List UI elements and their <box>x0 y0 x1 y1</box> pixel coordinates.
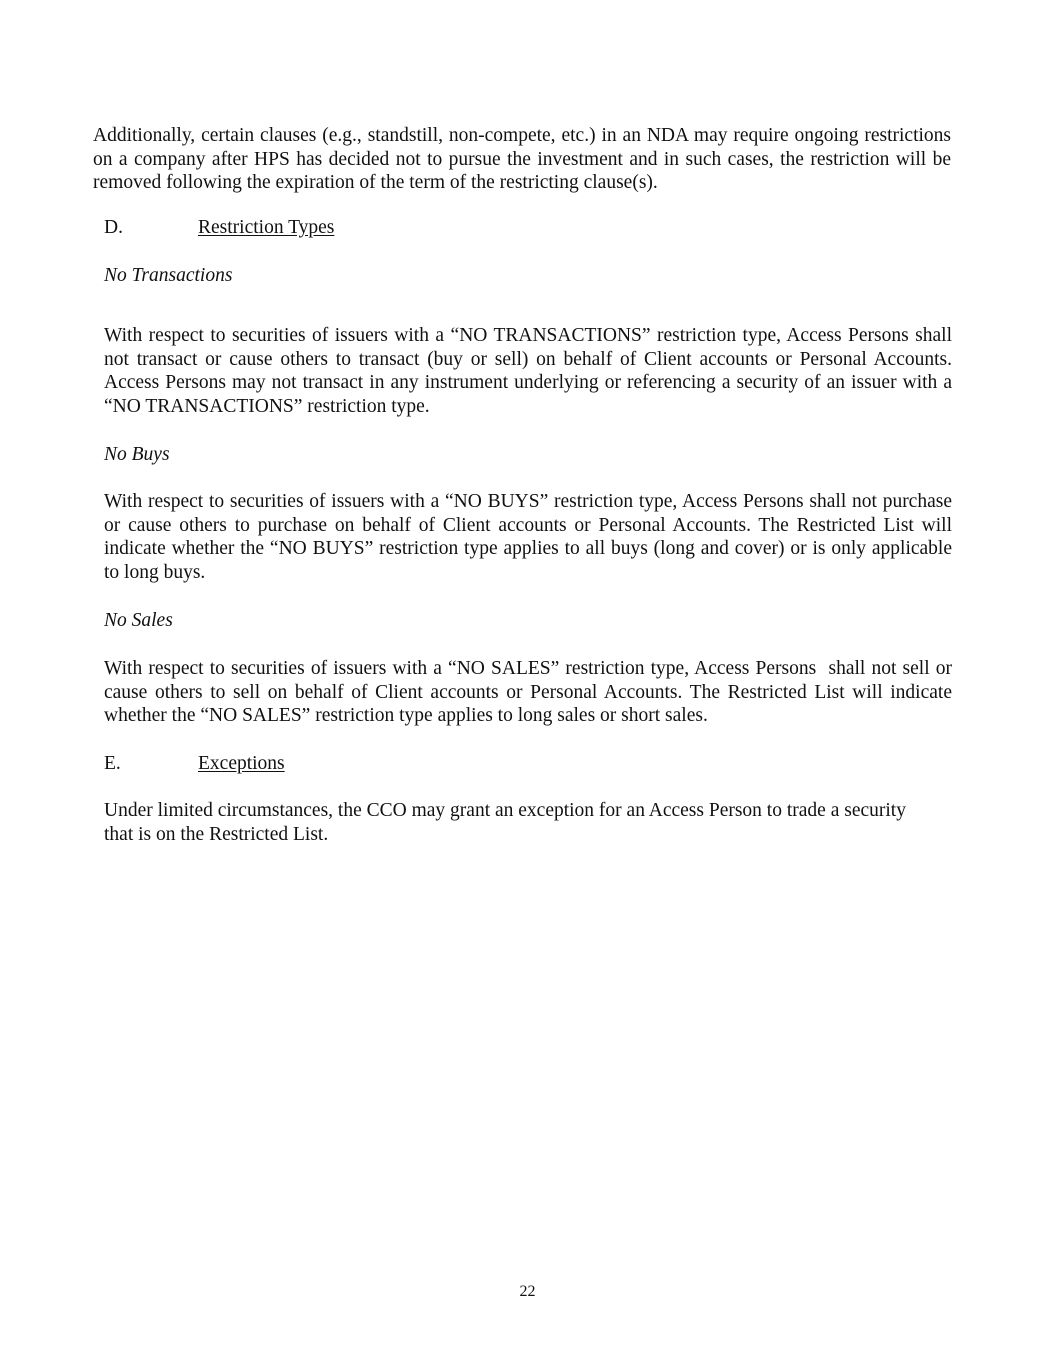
section-letter: E. <box>104 752 121 775</box>
subsection-heading-no-sales: No Sales <box>104 609 173 633</box>
section-letter: D. <box>104 216 123 239</box>
page-number: 22 <box>0 1283 1055 1301</box>
intro-paragraph: Additionally, certain clauses (e.g., sta… <box>93 124 951 195</box>
paragraph-exceptions: Under limited circumstances, the CCO may… <box>104 799 914 846</box>
section-title: Exceptions <box>198 752 285 775</box>
subsection-heading-no-buys: No Buys <box>104 443 170 467</box>
paragraph-no-transactions: With respect to securities of issuers wi… <box>104 324 952 418</box>
paragraph-no-sales: With respect to securities of issuers wi… <box>104 657 952 728</box>
subsection-heading-no-transactions: No Transactions <box>104 264 232 288</box>
paragraph-no-buys: With respect to securities of issuers wi… <box>104 490 952 584</box>
section-title: Restriction Types <box>198 216 334 239</box>
